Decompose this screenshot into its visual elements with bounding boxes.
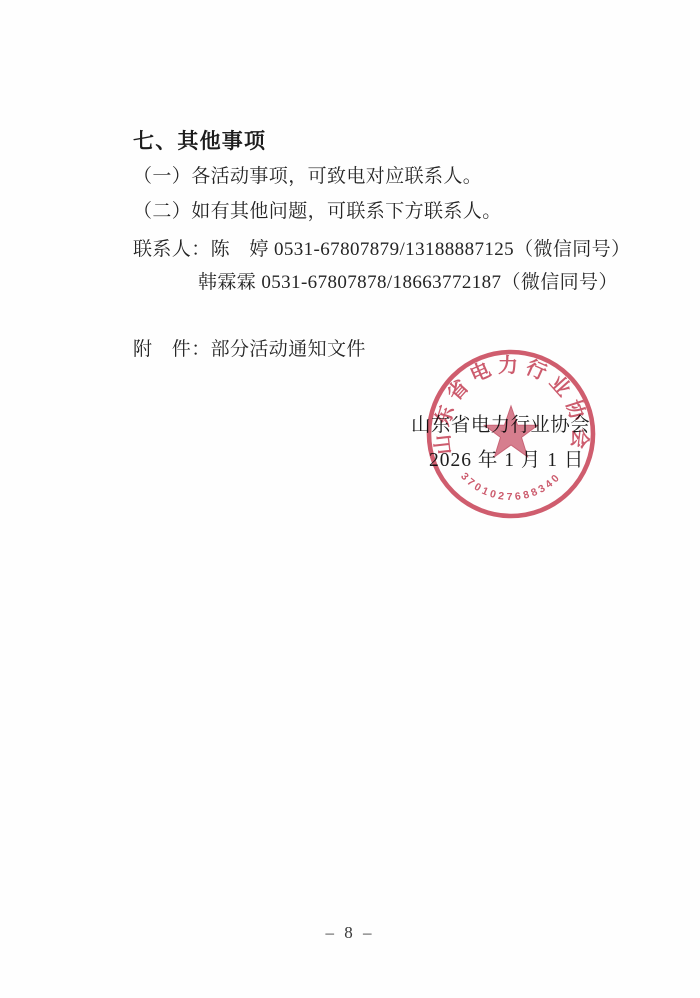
seal-serial-number: 3701027688340 [458,470,564,503]
seal-star-icon [484,406,537,457]
contact-1-text: 陈 婷 0531-67807879/13188887125（微信同号） [211,239,631,260]
attachment-line: 附 件：部分活动通知文件 [133,334,366,361]
attachment-label: 附 件： [133,339,211,360]
official-seal-stamp: 山东省电力行业协会 3701027688340 [425,348,597,520]
section-heading: 七、其他事项 [133,125,266,155]
attachment-value: 部分活动通知文件 [211,339,366,360]
contact-line-1: 联系人：陈 婷 0531-67807879/13188887125（微信同号） [133,234,630,261]
contact-label: 联系人： [133,239,211,260]
contact-line-2: 韩霖霖 0531-67807878/18663772187（微信同号） [198,267,618,294]
document-page: 七、其他事项 （一）各活动事项，可致电对应联系人。 （二）如有其他问题，可联系下… [0,0,700,998]
paragraph-item-2: （二）如有其他问题，可联系下方联系人。 [133,196,502,223]
page-number: – 8 – [0,923,700,943]
seal-serial-holder: 3701027688340 [458,470,564,503]
paragraph-item-1: （一）各活动事项，可致电对应联系人。 [133,161,482,188]
